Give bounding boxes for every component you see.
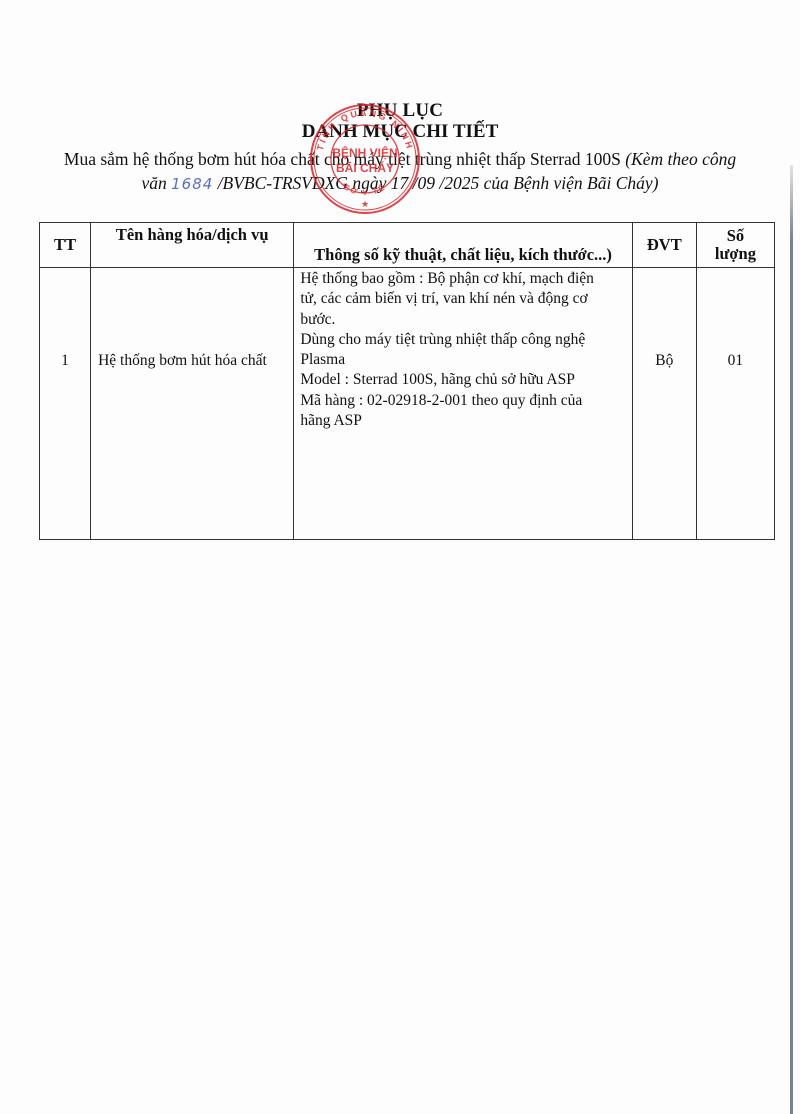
cell-name: Hệ thống bơm hút hóa chất: [91, 268, 294, 540]
header-qty-line-1: Số: [727, 226, 744, 245]
spec-line: hãng ASP: [300, 411, 625, 431]
header-spec: Thông số kỹ thuật, chất liệu, kích thước…: [294, 223, 632, 268]
header-unit: ĐVT: [632, 223, 696, 268]
document-description: Mua sắm hệ thống bơm hút hóa chất cho má…: [40, 147, 760, 196]
cell-unit: Bộ: [632, 268, 696, 540]
spec-line: Hệ thống bao gồm : Bộ phận cơ khí, mạch …: [300, 269, 625, 289]
spec-line: Mã hàng : 02-02918-2-001 theo quy định c…: [300, 391, 625, 411]
description-plain: Mua sắm hệ thống bơm hút hóa chất cho má…: [64, 149, 625, 169]
header-tt: TT: [40, 223, 91, 268]
goods-detail-table: TT Tên hàng hóa/dịch vụ Thông số kỹ thuậ…: [39, 222, 775, 540]
handwritten-document-number: 1684: [171, 175, 213, 193]
table-header-row: TT Tên hàng hóa/dịch vụ Thông số kỹ thuậ…: [40, 223, 775, 268]
spec-line: tử, các cảm biến vị trí, van khí nén và …: [300, 289, 625, 309]
header-qty: Số lượng: [696, 223, 774, 268]
detail-list-title: DANH MỤC CHI TIẾT: [0, 121, 800, 143]
cell-spec: Hệ thống bao gồm : Bộ phận cơ khí, mạch …: [294, 268, 632, 540]
spec-line: bước.: [300, 310, 625, 330]
spec-line: Plasma: [300, 350, 625, 370]
document-page: PHỤ LỤC DANH MỤC CHI TIẾT Mua sắm hệ thố…: [0, 0, 800, 1114]
spec-line: Model : Sterrad 100S, hãng chủ sở hữu AS…: [300, 370, 625, 390]
scan-edge-shadow: [790, 165, 793, 1114]
description-italic-open: (Kèm theo công: [625, 149, 736, 169]
header-qty-line-2: lượng: [715, 244, 756, 263]
stamp-star-icon: ★: [361, 200, 369, 210]
appendix-title: PHỤ LỤC: [0, 100, 800, 122]
description-italic-rest: /BVBC-TRSVDXG ngày 17 /09 /2025 của Bệnh…: [213, 173, 658, 193]
description-italic-prefix: văn: [141, 173, 171, 193]
cell-tt: 1: [40, 268, 91, 540]
spec-line: Dùng cho máy tiệt trùng nhiệt thấp công …: [300, 330, 625, 350]
table-row: 1 Hệ thống bơm hút hóa chất Hệ thống bao…: [40, 268, 775, 540]
header-name: Tên hàng hóa/dịch vụ: [91, 223, 294, 268]
cell-qty: 01: [696, 268, 774, 540]
